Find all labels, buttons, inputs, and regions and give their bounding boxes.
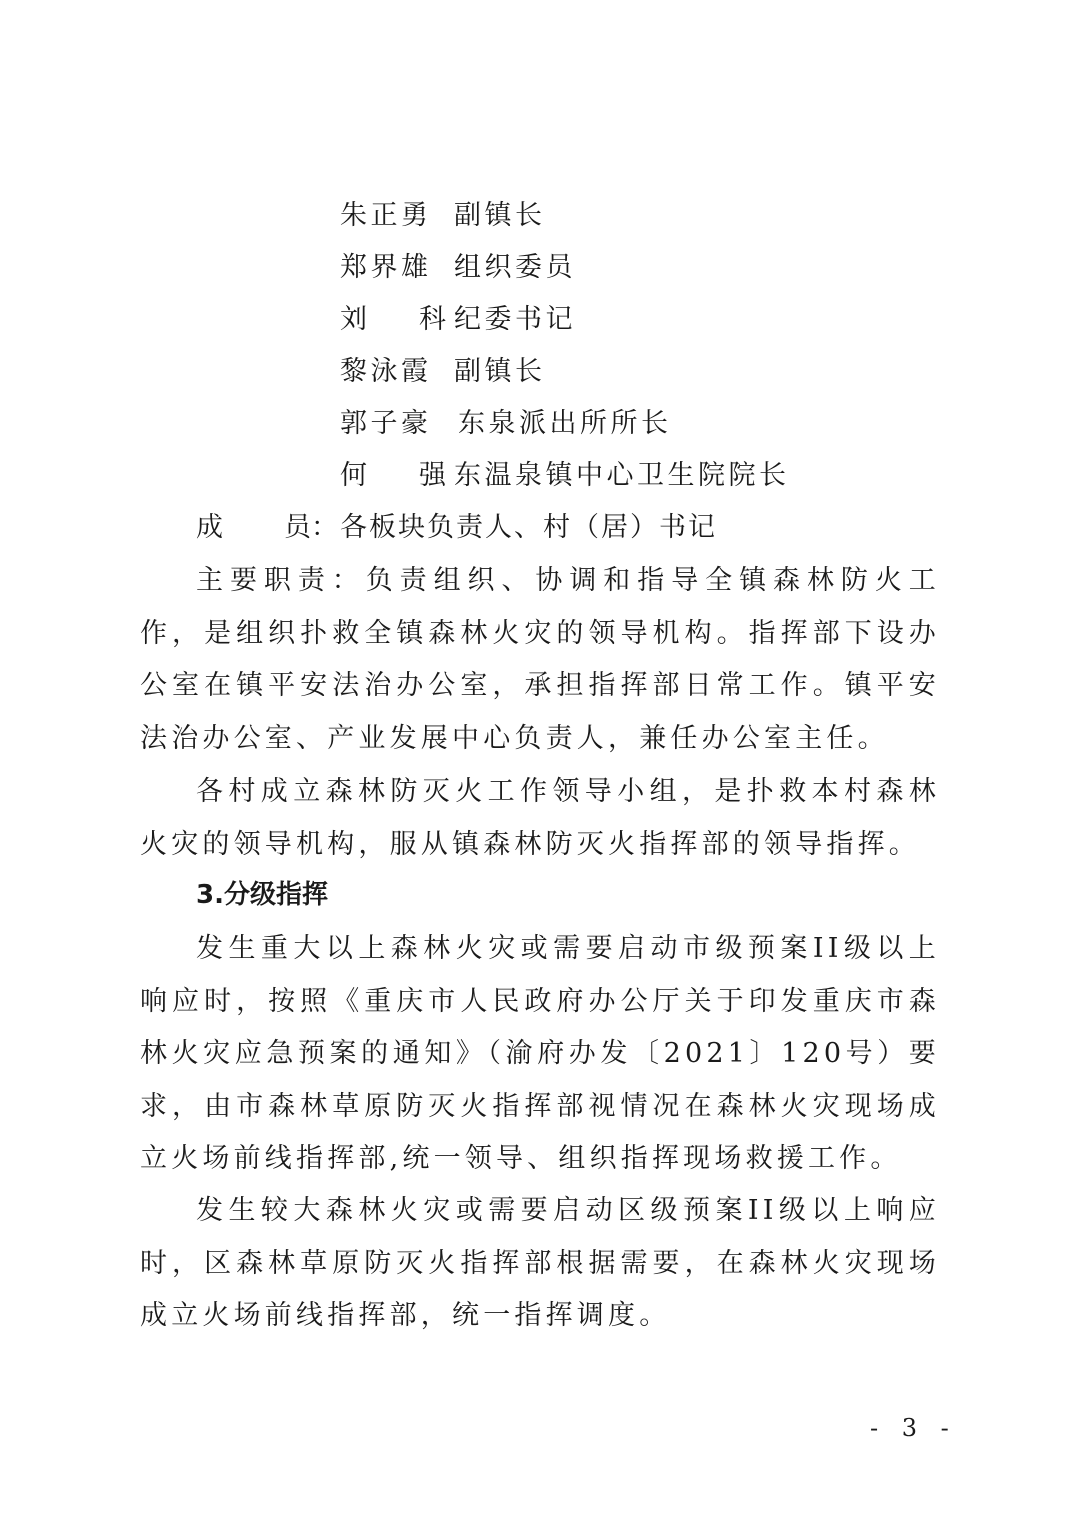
village-paragraph: 各村成立森林防灭火工作领导小组，是扑救本村森林火灾的领导机构，服从镇森林防灭火指… [140, 766, 940, 871]
roster-title: 东泉派出所所长 [458, 406, 672, 442]
page-number: - 3 - [870, 1413, 957, 1443]
duties-paragraph: 主要职责：负责组织、协调和指导全镇森林防火工作，是组织扑救全镇森林火灾的领导机构… [140, 555, 940, 765]
members-value: 各板块负责人、村（居）书记 [340, 510, 717, 546]
members-label-char2: 员： [284, 510, 338, 546]
roster-row: 刘科 纪委书记 [340, 302, 940, 338]
roster-name: 黎泳霞 [340, 354, 432, 390]
members-label-char1: 成 [196, 510, 223, 546]
roster-row: 朱正勇 副镇长 [340, 198, 940, 234]
roster-title: 副镇长 [454, 354, 546, 390]
roster-title: 东温泉镇中心卫生院院长 [454, 458, 790, 494]
larger-fire-paragraph: 发生较大森林火灾或需要启动区级预案II级以上响应时，区森林草原防灭火指挥部根据需… [140, 1185, 940, 1343]
roster-row: 郭子豪 东泉派出所所长 [340, 406, 940, 442]
roster-name: 朱正勇 [340, 198, 432, 234]
major-fire-paragraph: 发生重大以上森林火灾或需要启动市级预案II级以上响应时，按照《重庆市人民政府办公… [140, 923, 940, 1186]
roster-row: 黎泳霞 副镇长 [340, 354, 940, 390]
section-heading: 3.分级指挥 [196, 877, 328, 913]
document-page: 朱正勇 副镇长 郑界雄 组织委员 刘科 纪委书记 黎泳霞 副镇长 郭子豪 东泉派… [0, 0, 1074, 1520]
roster-row: 郑界雄 组织委员 [340, 250, 940, 286]
roster-row: 何强 东温泉镇中心卫生院院长 [340, 458, 940, 494]
roster-name: 郑界雄 [340, 250, 432, 286]
roster-name: 郭子豪 [340, 406, 432, 442]
roster-title: 组织委员 [454, 250, 576, 286]
roster-title: 纪委书记 [454, 302, 576, 338]
roster-title: 副镇长 [454, 198, 546, 234]
